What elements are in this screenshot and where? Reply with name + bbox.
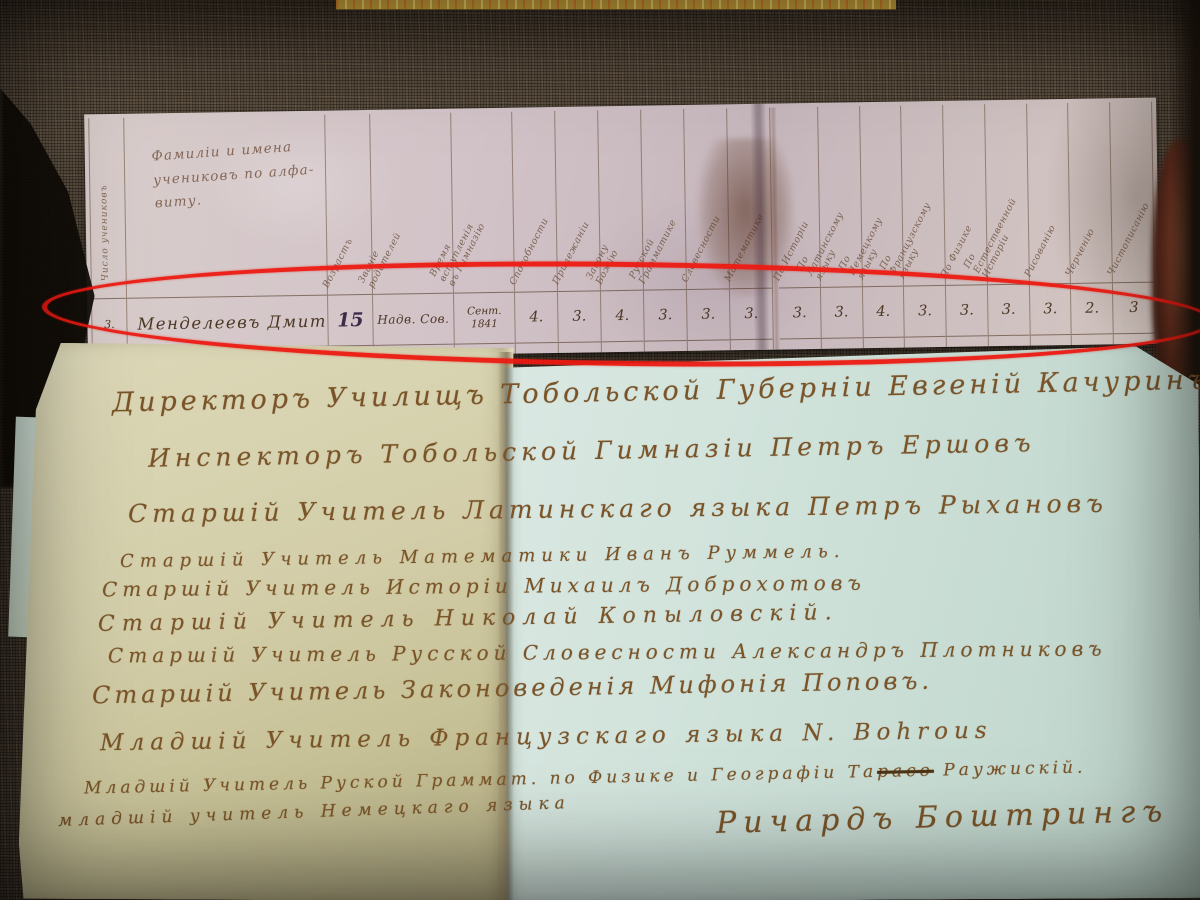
name-column-header: Фамиліи и именаучениковъ по алфа-виту. xyxy=(151,135,317,217)
column-header: Число учениковъ xyxy=(89,118,126,299)
slanted-header-label: Рисованію xyxy=(1023,205,1068,279)
slanted-header-label: Черченію xyxy=(1065,205,1110,279)
column-header: По Естественной Исторіи xyxy=(985,104,1029,285)
row-count-header-label: Число учениковъ xyxy=(98,126,110,281)
struck-out-name: расо xyxy=(877,761,934,782)
signature-text-after-strike: Раужискій. xyxy=(934,758,1087,781)
column-header: По Французскому языку xyxy=(901,105,945,286)
column-header: Чистописанію xyxy=(1110,102,1154,283)
column-header: Черченію xyxy=(1069,102,1113,283)
museum-display-photo: Число учениковъ3.Фамиліи и именаучеников… xyxy=(0,0,1200,900)
column-header: Рисованію xyxy=(1027,103,1071,284)
picture-frame-edge xyxy=(336,0,896,10)
slanted-header-label: Чистописанію xyxy=(1107,204,1152,278)
